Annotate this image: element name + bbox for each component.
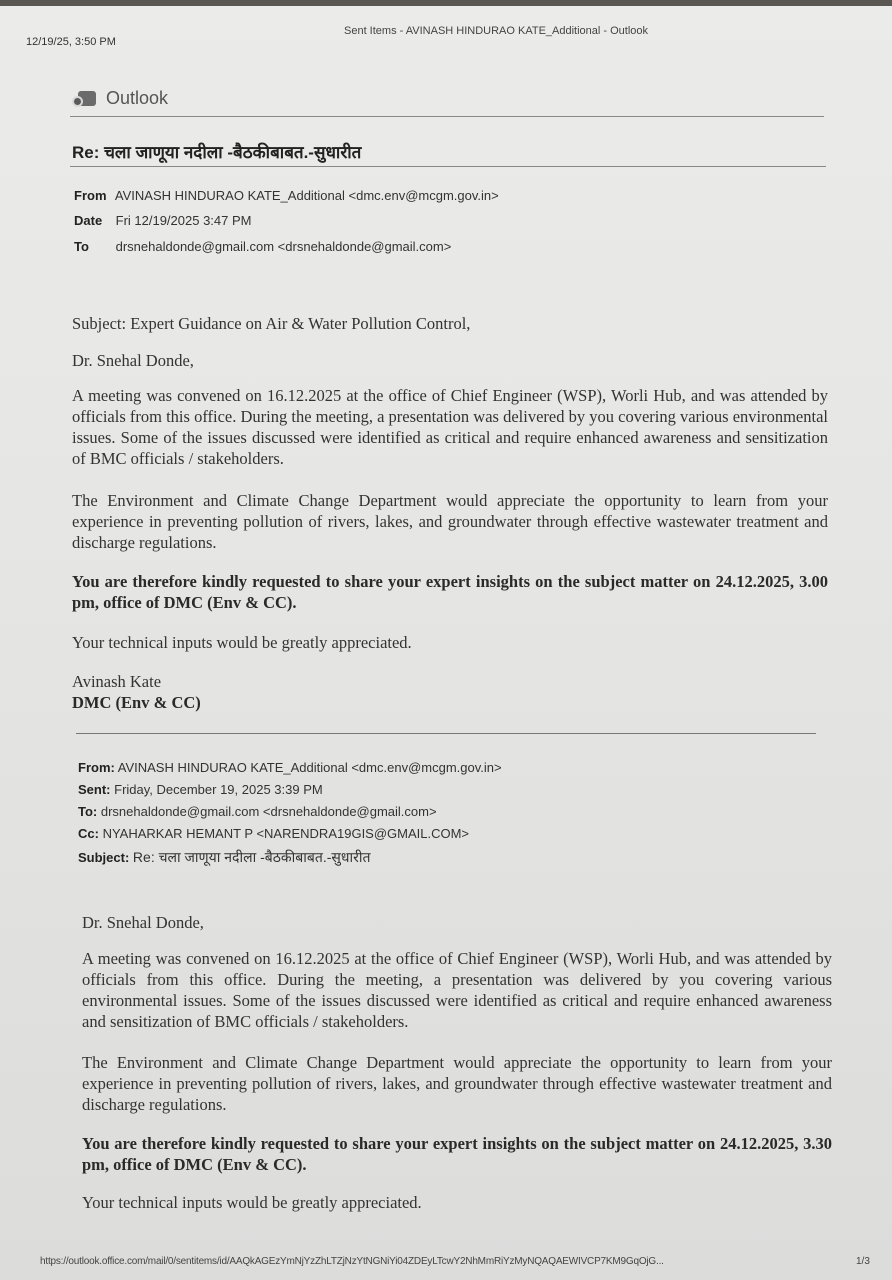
to-value[interactable]: drsnehaldonde@gmail.com <drsnehaldonde@g… xyxy=(116,239,452,254)
message-subject: Re: चला जाणूया नदीला -बैठकीबाबत.-सुधारीत xyxy=(72,140,361,163)
quoted-subject-value: Re: चला जाणूया नदीला -बैठकीबाबत.-सुधारीत xyxy=(133,849,371,865)
body-closing: Your technical inputs would be greatly a… xyxy=(72,632,828,653)
to-row: To drsnehaldonde@gmail.com <drsnehaldond… xyxy=(74,239,451,254)
quoted-subject-label: Subject: xyxy=(78,850,129,865)
print-page-number: 1/3 xyxy=(856,1256,870,1267)
quoted-subject-row: Subject: Re: चला जाणूया नदीला -बैठकीबाबत… xyxy=(78,848,370,867)
divider xyxy=(70,116,824,117)
brand-label: Outlook xyxy=(106,88,168,109)
quoted-request: You are therefore kindly requested to sh… xyxy=(82,1133,832,1175)
printed-page: 12/19/25, 3:50 PM Sent Items - AVINASH H… xyxy=(0,6,892,1280)
quoted-from-row: From: AVINASH HINDURAO KATE_Additional <… xyxy=(78,760,502,775)
quoted-cc-label: Cc: xyxy=(78,826,99,841)
quoted-to-value: drsnehaldonde@gmail.com <drsnehaldonde@g… xyxy=(101,804,437,819)
from-value: AVINASH HINDURAO KATE_Additional <dmc.en… xyxy=(115,188,499,203)
quoted-to-label: To: xyxy=(78,804,97,819)
quoted-from-value: AVINASH HINDURAO KATE_Additional <dmc.en… xyxy=(118,760,502,775)
body-paragraph-2: The Environment and Climate Change Depar… xyxy=(72,490,828,553)
to-label: To xyxy=(74,239,112,254)
body-subject-line: Subject: Expert Guidance on Air & Water … xyxy=(72,313,828,334)
quoted-paragraph-2: The Environment and Climate Change Depar… xyxy=(82,1052,832,1115)
print-window-title: Sent Items - AVINASH HINDURAO KATE_Addit… xyxy=(344,25,648,37)
outlook-logo-icon xyxy=(72,89,98,109)
from-label: From xyxy=(74,188,112,203)
quoted-salutation: Dr. Snehal Donde, xyxy=(82,912,832,933)
print-datetime: 12/19/25, 3:50 PM xyxy=(26,36,116,48)
quoted-cc-row: Cc: NYAHARKAR HEMANT P <NARENDRA19GIS@GM… xyxy=(78,826,469,841)
quoted-sent-row: Sent: Friday, December 19, 2025 3:39 PM xyxy=(78,782,323,797)
body-request: You are therefore kindly requested to sh… xyxy=(72,571,828,613)
date-value: Fri 12/19/2025 3:47 PM xyxy=(116,213,252,228)
quoted-from-label: From: xyxy=(78,760,115,775)
quoted-sent-value: Friday, December 19, 2025 3:39 PM xyxy=(114,782,323,797)
quoted-sent-label: Sent: xyxy=(78,782,111,797)
divider xyxy=(70,166,826,167)
outlook-brand: Outlook xyxy=(72,88,168,109)
from-row: From AVINASH HINDURAO KATE_Additional <d… xyxy=(74,188,499,203)
print-footer-url: https://outlook.office.com/mail/0/sentit… xyxy=(40,1256,664,1267)
quoted-to-row: To: drsnehaldonde@gmail.com <drsnehaldon… xyxy=(78,804,437,819)
quote-divider xyxy=(76,733,816,734)
quoted-cc-value: NYAHARKAR HEMANT P <NARENDRA19GIS@GMAIL.… xyxy=(103,826,469,841)
body-paragraph-1: A meeting was convened on 16.12.2025 at … xyxy=(72,385,828,469)
body-salutation: Dr. Snehal Donde, xyxy=(72,350,828,371)
date-row: Date Fri 12/19/2025 3:47 PM xyxy=(74,213,251,228)
quoted-closing: Your technical inputs would be greatly a… xyxy=(82,1192,832,1213)
date-label: Date xyxy=(74,213,112,228)
quoted-paragraph-1: A meeting was convened on 16.12.2025 at … xyxy=(82,948,832,1032)
signature-name: Avinash Kate xyxy=(72,671,828,692)
signature-title: DMC (Env & CC) xyxy=(72,692,828,713)
